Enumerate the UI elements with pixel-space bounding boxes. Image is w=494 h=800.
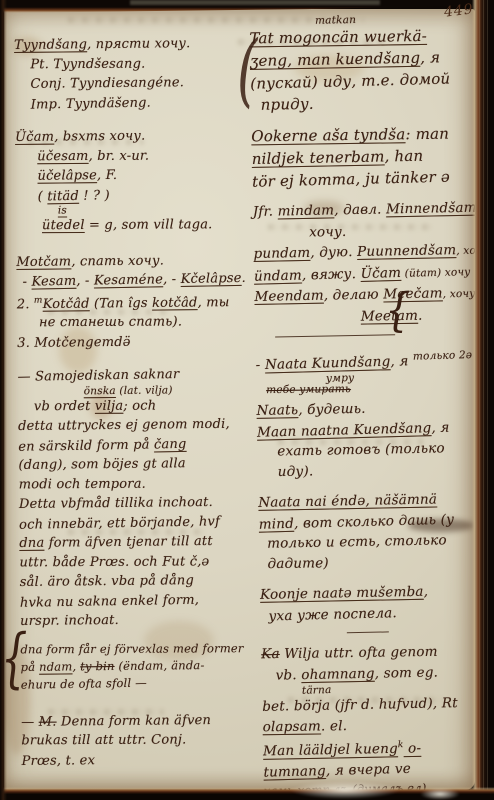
manuscript-line: 3. Motčengemdǝ̈	[17, 331, 255, 353]
handwritten-text: иду).	[278, 463, 314, 479]
manuscript-line: üčelâpse, F.	[37, 165, 253, 187]
handwritten-text: , будешь.	[298, 401, 366, 418]
handwritten-text: form äfven tjenar till att	[44, 534, 213, 551]
handwritten-text: üčesam	[37, 148, 88, 163]
handwritten-text: Üčam	[15, 130, 54, 145]
handwritten-text: Detta vbfmåd tillika inchoat.	[19, 495, 213, 512]
handwritten-text: önska	[84, 385, 116, 397]
handwritten-text: ohamnang	[301, 665, 375, 682]
handwritten-text: vb ordet	[34, 399, 95, 414]
handwritten-text: Prœs, t. ex	[22, 753, 96, 769]
handwritten-text: på	[21, 660, 40, 674]
handwritten-text: tumnang	[263, 763, 326, 781]
handwritten-text: , han	[384, 147, 423, 166]
handwritten-text: titäd	[47, 188, 79, 204]
handwritten-text: .	[418, 307, 423, 323]
handwritten-text: ty bin	[80, 659, 115, 673]
handwritten-text: Kotčâd	[43, 296, 90, 311]
handwritten-text: уха уже поспела.	[268, 605, 397, 624]
handwritten-text: vb.	[275, 667, 301, 683]
handwritten-text: , делаю	[324, 286, 384, 303]
handwritten-text: modi och tempora.	[19, 477, 146, 493]
handwritten-text: is	[58, 204, 67, 216]
handwritten-text: sål. äro åtsk. vba på dång	[20, 573, 194, 590]
notebook-page: Tyyndšang, прясти хочу.Pt. Tyyndšesang.C…	[4, 9, 475, 790]
handwritten-text: en särskild form på	[18, 437, 154, 454]
manuscript-line: ehuru de ofta sfoll —	[21, 672, 259, 693]
handwritten-text: pundam	[253, 245, 310, 262]
handwritten-text: Denna form kan äfven	[56, 713, 211, 730]
handwritten-text: (dang), som böjes gt alla	[18, 457, 185, 474]
right-text-column: matkanTat mogoncän wuerkä-ʒeng, man kuen…	[249, 13, 492, 800]
handwritten-text: Ookerne аšа tyndša	[251, 125, 405, 145]
handwritten-text: Meetam	[361, 307, 418, 324]
handwritten-text: Motčam	[16, 254, 71, 270]
handwritten-text: -	[22, 275, 31, 290]
manuscript-line: не станешь спать).	[39, 312, 255, 333]
handwritten-text: Wilja uttr. ofta genom	[280, 644, 438, 662]
handwritten-rule	[275, 334, 395, 337]
manuscript-line: vb ordet vilja; och	[34, 396, 256, 417]
handwritten-text: mindam	[278, 202, 335, 219]
handwritten-text: = g, som vill taga.	[85, 217, 213, 233]
manuscript-line: хочу.	[309, 220, 481, 243]
handwritten-text: olapsam	[263, 718, 322, 735]
handwritten-text: , br. x-ur.	[89, 148, 150, 163]
manuscript-line: — M. Denna form kan äfven	[21, 710, 259, 732]
handwritten-text: 2.	[17, 297, 34, 312]
handwritten-text: только 2ǝ	[413, 349, 473, 363]
manuscript-line: Prœs, t. ex	[21, 749, 259, 771]
handwritten-text: Kesaméne	[94, 272, 163, 288]
handwritten-text: urspr. inchoat.	[20, 613, 119, 629]
handwritten-text: , спать хочу.	[71, 253, 164, 269]
manuscript-line: Pt. Tyyndšesang.	[30, 54, 252, 75]
handwritten-text: — Samojediskan saknar	[17, 367, 179, 385]
manuscript-line: dna form äfven tjenar till att	[19, 532, 257, 554]
manuscript-line: приду.	[260, 90, 478, 116]
handwritten-text: üčelâpse	[37, 168, 97, 184]
handwritten-text: , давл	[477, 202, 494, 215]
handwritten-text: Minnendšam	[386, 200, 477, 218]
manuscript-line: хамь хотѣлъ (думалъ ел)	[264, 778, 492, 799]
handwritten-text: не станешь спать).	[39, 315, 182, 331]
handwritten-text: Imp. Tyyndäšeng.	[31, 95, 151, 112]
manuscript-line: только и есть, столько	[267, 530, 487, 555]
handwritten-text: —	[21, 715, 39, 730]
manuscript-line: modi och tempora.	[19, 474, 257, 495]
manuscript-line: Meetam.	[361, 304, 483, 326]
handwritten-text: , F.	[97, 168, 117, 183]
handwritten-text: dna form får ej förvexlas med former	[20, 641, 243, 656]
manuscript-line: Conj. Tyyndiesangéne.	[30, 73, 252, 95]
handwritten-text: uttr. både Prœs. och Fut č,ǝ	[19, 554, 209, 570]
handwritten-text: ,	[72, 659, 80, 673]
handwritten-text: Meečam	[383, 285, 443, 302]
handwritten-text: , bsxms хочу.	[54, 129, 145, 145]
handwritten-text: ndam	[39, 659, 72, 673]
handwritten-text: ,	[423, 584, 428, 600]
handwritten-text: kotčâd	[152, 295, 198, 310]
left-text-column: Tyyndšang, прясти хочу.Pt. Tyyndšesang.C…	[14, 34, 260, 772]
handwritten-text: Naata Kuundšang	[265, 354, 391, 373]
handwritten-text: Pt. Tyyndšesang.	[30, 56, 145, 72]
handwritten-text: хочу.	[309, 223, 346, 240]
handwritten-text: ! ? )	[79, 188, 110, 204]
manuscript-line: ütedel = g, som vill taga.	[42, 215, 254, 236]
handwritten-text: (	[38, 189, 48, 204]
handwritten-text: только и есть, столько	[267, 532, 447, 551]
manuscript-line: тебе умирать	[266, 382, 484, 396]
handwritten-text: ; och	[123, 398, 156, 413]
handwritten-text: dna	[19, 536, 44, 551]
handwritten-text: bet. börja (jfr d. hufvud), Rt	[262, 695, 458, 715]
handwritten-text: tör ej komma, ju tänker ǝ	[252, 168, 450, 191]
handwritten-text: hvka nu sakna enkel form,	[20, 593, 199, 611]
manuscript-line: дадите)	[267, 551, 487, 575]
handwritten-text: ехать готовъ (только	[277, 440, 445, 459]
handwritten-text: Jfr.	[253, 203, 278, 219]
handwritten-text: : man	[405, 125, 449, 144]
handwritten-text: , вяжу.	[302, 265, 361, 283]
handwritten-text: m	[34, 295, 43, 305]
handwritten-text: Conj. Tyyndiesangéne.	[30, 75, 184, 92]
handwritten-text: , дую.	[310, 244, 357, 261]
manuscript-photo: Tyyndšang, прясти хочу.Pt. Tyyndšesang.C…	[0, 0, 494, 800]
handwritten-text: ündam	[254, 267, 302, 284]
handwritten-text: . el.	[321, 718, 347, 734]
handwritten-text: Tyyndšang	[14, 37, 87, 53]
handwritten-text: 3. Motčengemdǝ̈	[17, 335, 131, 351]
manuscript-line: tör ej komma, ju tänker ǝ	[252, 165, 480, 193]
handwritten-text: (пускай) иду, т.е. домой	[250, 70, 450, 93]
handwritten-text: Ka	[261, 646, 280, 662]
manuscript-line: uttr. både Prœs. och Fut č,ǝ	[19, 552, 257, 573]
handwritten-text: čang	[154, 437, 187, 453]
handwritten-text: хамь	[264, 783, 298, 798]
handwritten-text: тебе умирать	[266, 383, 351, 396]
manuscript-line: urspr. inchoat.	[20, 610, 258, 632]
handwritten-text: Naata nai éndǝ, näšämnä	[258, 491, 437, 510]
handwritten-text: , я	[390, 353, 413, 370]
handwritten-text: , давл.	[334, 201, 386, 218]
handwritten-text: , вот сколько дашь (у	[294, 511, 455, 531]
handwritten-text: (думалъ ел)	[348, 780, 426, 795]
book-top-edge	[130, 0, 380, 5]
handwritten-text: , хоч.	[456, 244, 486, 257]
handwritten-text: (ëndam, ända-	[114, 658, 204, 673]
handwritten-text: , прясти хочу.	[87, 36, 191, 52]
handwritten-text: Man lääldjel kueng	[263, 741, 398, 760]
manuscript-line: ехать готовъ (только	[277, 438, 485, 462]
handwritten-text: , ты	[197, 295, 229, 310]
handwritten-text: Naatь	[256, 402, 298, 419]
manuscript-line: Üčam, bsxms хочу.	[15, 126, 253, 148]
manuscript-line: dna form får ej förvexlas med former	[20, 640, 258, 658]
manuscript-line: (dang), som böjes gt alla	[18, 454, 256, 476]
handwritten-text: och innebär, ett börjande, hvf	[19, 514, 220, 533]
handwritten-text: ʒeng, man kuendšang	[250, 49, 421, 70]
handwritten-text: , -	[163, 272, 181, 287]
handwritten-text: Tat mogoncän wuerkä-	[249, 27, 427, 47]
handwritten-text: matkan	[315, 14, 356, 27]
handwritten-text: приду.	[261, 95, 314, 114]
handwritten-text: Kčelâpse	[181, 271, 242, 287]
handwritten-text: хотѣлъ	[298, 782, 349, 797]
handwritten-text: Koonje naatǝ mušemba	[260, 584, 424, 603]
handwritten-text: , я вчера ve	[326, 761, 411, 779]
handwritten-text: brukas till att uttr. Conj.	[21, 733, 186, 749]
handwritten-text: , я	[431, 419, 450, 435]
manuscript-line: Tyyndšang, прясти хочу.	[14, 34, 252, 56]
handwritten-text: , хочу	[443, 288, 476, 301]
handwritten-rule	[347, 631, 389, 633]
handwritten-text: Maan naatna Kuendšang	[257, 420, 432, 441]
handwritten-text: M.	[39, 714, 57, 729]
handwritten-text: o-	[403, 740, 421, 756]
handwritten-text: , som eg.	[374, 664, 438, 681]
handwritten-text: detta uttryckes ej genom modi,	[18, 417, 230, 434]
handwritten-text: .	[241, 271, 246, 286]
manuscript-line: brukas till att uttr. Conj.	[21, 730, 259, 751]
handwritten-text: ütedel	[42, 218, 85, 233]
handwritten-text: mind	[259, 515, 295, 532]
handwritten-text: (Tan îgs	[90, 295, 153, 311]
handwritten-text: nildjek tenerbam	[252, 147, 385, 168]
manuscript-line: иду).	[278, 459, 486, 482]
manuscript-line: üčesam, br. x-ur.	[37, 146, 253, 167]
handwritten-text: (lat. vilja)	[116, 384, 173, 397]
manuscript-line: Imp. Tyyndäšeng.	[31, 91, 253, 114]
manuscript-line: önska (lat. vilja)	[84, 384, 256, 397]
manuscript-line: 2. mKotčâd (Tan îgs kotčâd, ты	[17, 289, 255, 314]
handwritten-text: vilja	[95, 399, 124, 414]
handwritten-text: Puunnendšam	[357, 242, 456, 260]
handwritten-text: Meendam	[254, 288, 324, 305]
handwritten-text: , я	[420, 48, 440, 66]
handwritten-text: Kesam	[31, 274, 76, 290]
handwritten-text: дадите)	[267, 555, 329, 572]
handwritten-text: ehuru de ofta sfoll —	[21, 675, 147, 691]
handwritten-text: Üčam	[360, 264, 401, 281]
handwritten-text: , -	[76, 273, 94, 288]
handwritten-text: (ütam) хочу	[401, 266, 471, 280]
